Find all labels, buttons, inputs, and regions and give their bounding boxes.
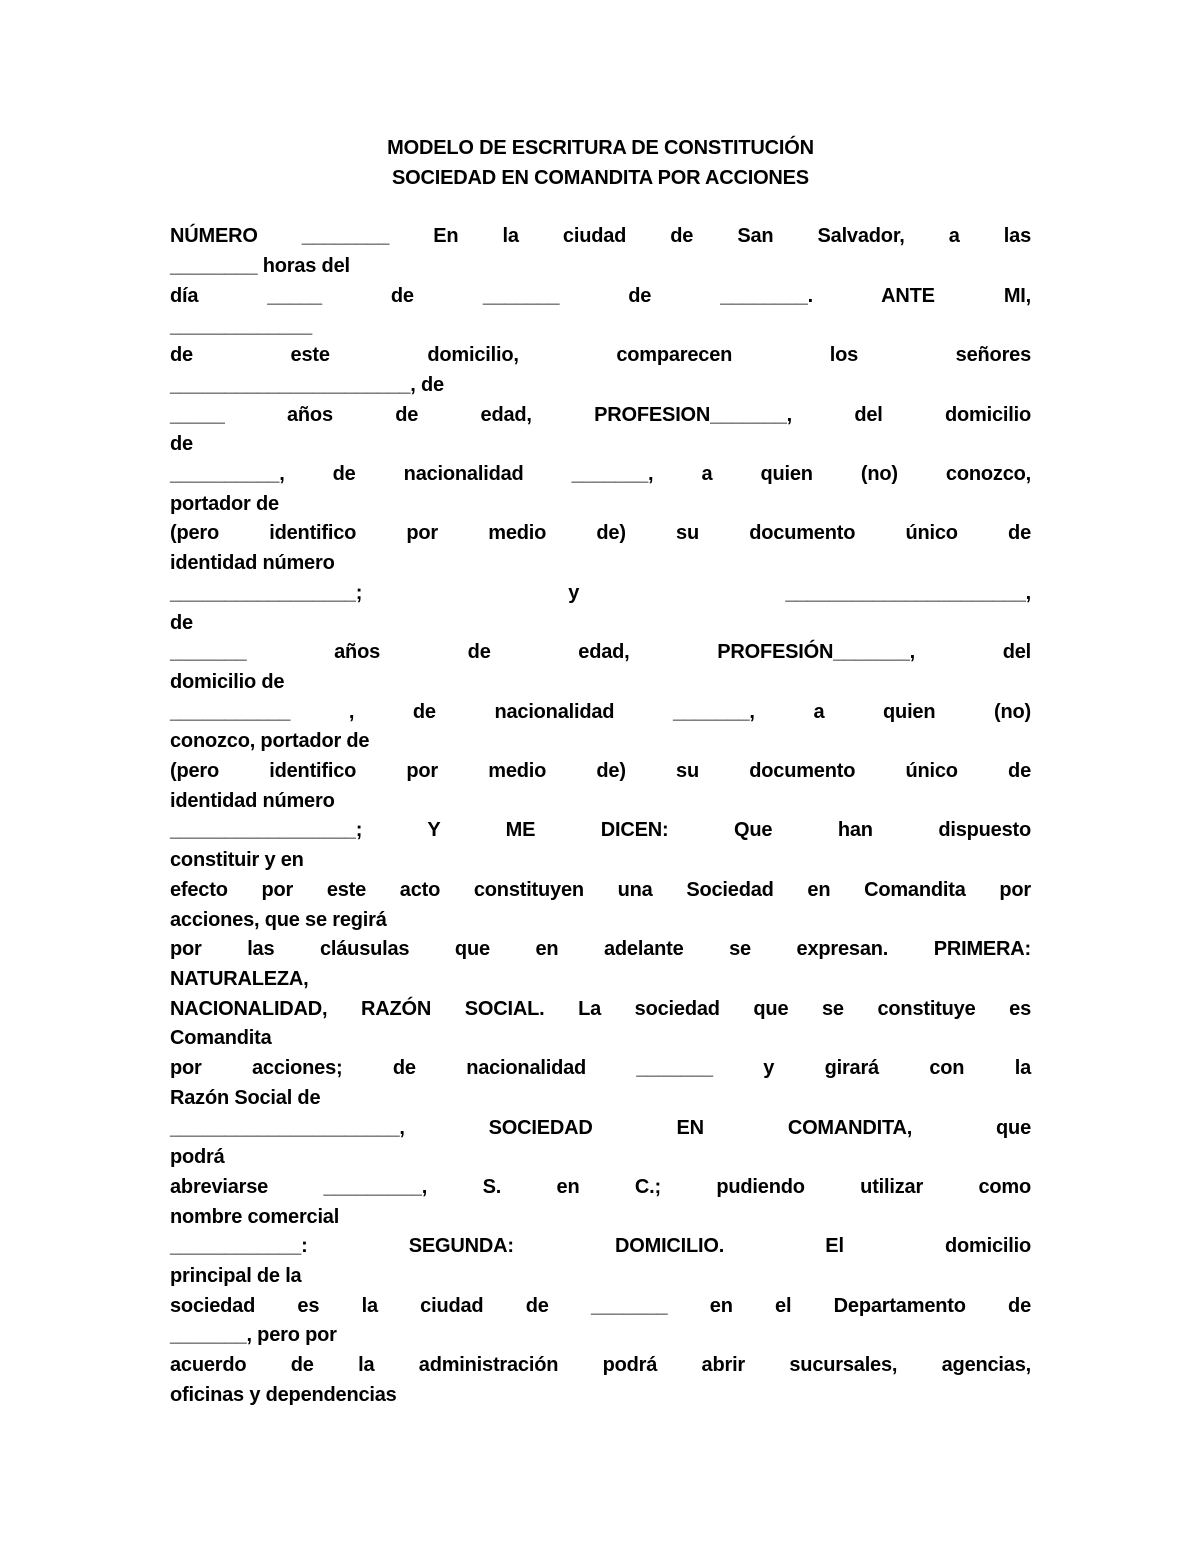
doc-line: de [170,430,1031,460]
doc-line: día _____ de _______ de ________. ANTE M… [170,282,1031,312]
doc-line: acciones, que se regirá [170,906,1031,936]
doc-line: ______________________, de [170,371,1031,401]
doc-line: (pero identifico por medio de) su docume… [170,757,1031,787]
doc-line: ____________: SEGUNDA: DOMICILIO. El dom… [170,1232,1031,1262]
doc-line: _______ años de edad, PROFESIÓN_______, … [170,638,1031,668]
doc-line: acuerdo de la administración podrá abrir… [170,1351,1031,1381]
doc-line: NATURALEZA, [170,965,1031,995]
doc-line: _____________________, SOCIEDAD EN COMAN… [170,1114,1031,1144]
title-line-2: SOCIEDAD EN COMANDITA POR ACCIONES [170,164,1031,194]
doc-line: podrá [170,1143,1031,1173]
doc-line: domicilio de [170,668,1031,698]
doc-line: Razón Social de [170,1084,1031,1114]
doc-line: sociedad es la ciudad de _______ en el D… [170,1292,1031,1322]
doc-line: identidad número [170,787,1031,817]
doc-line: conozco, portador de [170,727,1031,757]
doc-line: portador de [170,490,1031,520]
doc-line: efecto por este acto constituyen una Soc… [170,876,1031,906]
doc-line: ________ horas del [170,252,1031,282]
doc-line: _________________; Y ME DICEN: Que han d… [170,816,1031,846]
doc-line: oficinas y dependencias [170,1381,1031,1411]
doc-line: principal de la [170,1262,1031,1292]
doc-line: por acciones; de nacionalidad _______ y … [170,1054,1031,1084]
doc-line: __________, de nacionalidad _______, a q… [170,460,1031,490]
doc-line: por las cláusulas que en adelante se exp… [170,935,1031,965]
doc-line: Comandita [170,1024,1031,1054]
doc-line: identidad número [170,549,1031,579]
document-page: MODELO DE ESCRITURA DE CONSTITUCIÓN SOCI… [0,0,1200,1553]
doc-line: _____________ [170,312,1031,342]
doc-line: nombre comercial [170,1203,1031,1233]
doc-line: NÚMERO ________ En la ciudad de San Salv… [170,222,1031,252]
doc-line: de este domicilio, comparecen los señore… [170,341,1031,371]
doc-line: ___________ , de nacionalidad _______, a… [170,698,1031,728]
doc-line: constituir y en [170,846,1031,876]
document-body: NÚMERO ________ En la ciudad de San Salv… [170,222,1031,1410]
document-title: MODELO DE ESCRITURA DE CONSTITUCIÓN SOCI… [170,134,1031,193]
doc-line: de [170,609,1031,639]
title-line-1: MODELO DE ESCRITURA DE CONSTITUCIÓN [170,134,1031,164]
doc-line: abreviarse _________, S. en C.; pudiendo… [170,1173,1031,1203]
doc-line: _________________; y ___________________… [170,579,1031,609]
doc-line: _______, pero por [170,1321,1031,1351]
doc-line: NACIONALIDAD, RAZÓN SOCIAL. La sociedad … [170,995,1031,1025]
doc-line: (pero identifico por medio de) su docume… [170,519,1031,549]
doc-line: _____ años de edad, PROFESION_______, de… [170,401,1031,431]
